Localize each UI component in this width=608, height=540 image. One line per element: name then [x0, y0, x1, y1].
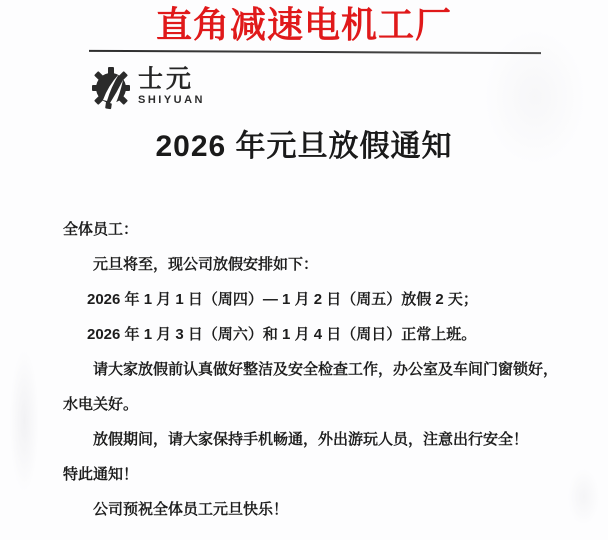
logo-name-en: SHIYUAN: [138, 94, 205, 106]
paragraph-intro: 元旦将至，现公司放假安排如下：: [63, 247, 560, 282]
paragraph-workdays: 2026 年 1 月 3 日（周六）和 1 月 4 日（周日）正常上班。: [63, 317, 560, 352]
notice-title: 2026 年元旦放假通知: [0, 130, 608, 164]
paragraph-safety-check: 请大家放假前认真做好整洁及安全检查工作，办公室及车间门窗锁好，水电关好。: [63, 352, 560, 422]
salutation: 全体员工：: [63, 212, 560, 247]
paragraph-wishes: 公司预祝全体员工元旦快乐！: [63, 492, 560, 527]
paragraph-holiday-dates: 2026 年 1 月 1 日（周四）— 1 月 2 日（周五）放假 2 天；: [63, 282, 560, 317]
notice-document: 直角减速电机工厂: [0, 0, 608, 540]
paragraph-travel-safety: 放假期间，请大家保持手机畅通，外出游玩人员，注意出行安全！: [63, 422, 560, 457]
factory-title: 直角减速电机工厂: [0, 4, 608, 45]
company-logo: 士元 SHIYUAN: [90, 65, 205, 116]
paragraph-hereby-notice: 特此通知！: [63, 457, 560, 492]
notice-body: 全体员工： 元旦将至，现公司放假安排如下： 2026 年 1 月 1 日（周四）…: [63, 212, 560, 527]
logo-name-cn: 士元: [138, 65, 205, 93]
gear-icon: [90, 65, 134, 116]
header-divider: [89, 50, 541, 54]
